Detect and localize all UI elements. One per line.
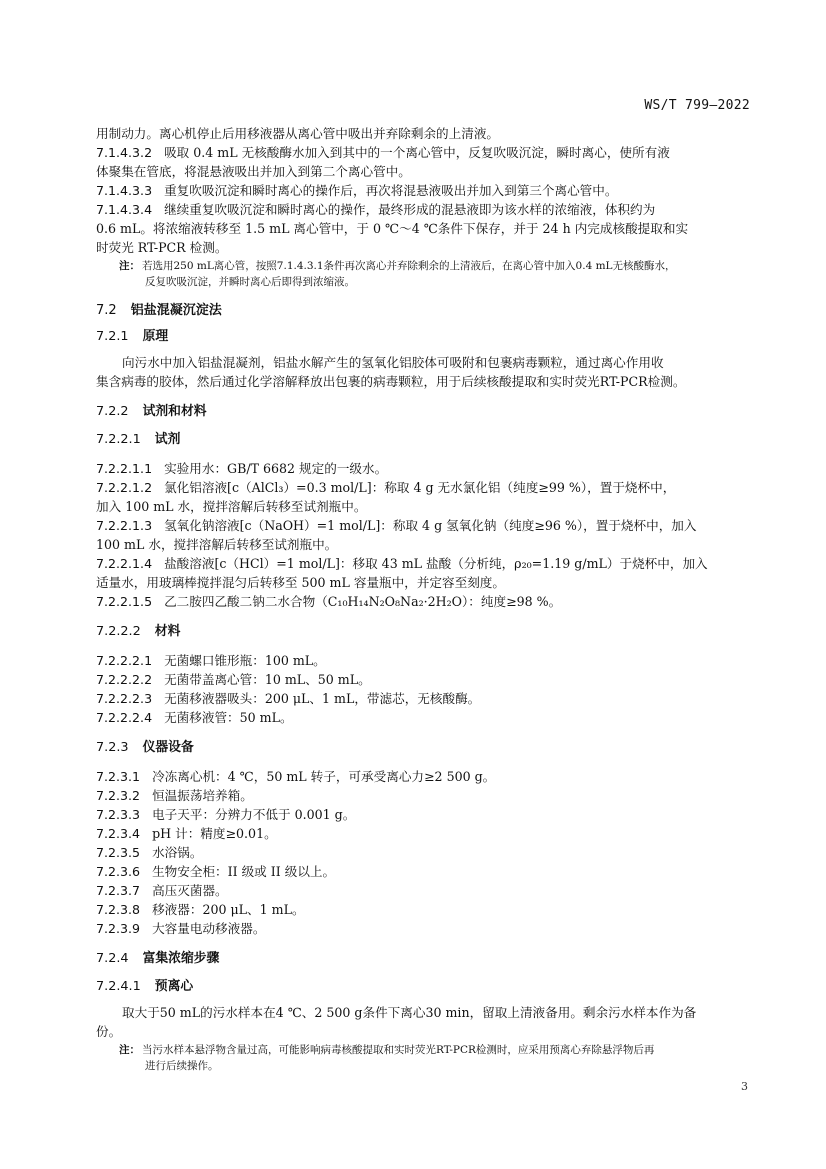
clause-continuation: 适量水，用玻璃棒搅拌混匀后转移至 500 mL 容量瓶中，并定容至刻度。 xyxy=(96,573,750,592)
note-text: 若选用250 mL离心管，按照7.1.4.3.1条件再次离心并弃除剩余的上清液后… xyxy=(142,260,676,272)
clause-number: 7.2.2.1.2 xyxy=(96,480,152,495)
clause-text: 乙二胺四乙酸二钠二水合物（C₁₀H₁₄N₂O₈Na₂·2H₂O）：纯度≥98 %… xyxy=(164,594,561,609)
clause-7-1-4-3-3: 7.1.4.3.3重复吹吸沉淀和瞬时离心的操作后，再次将混悬液吸出并加入到第三个… xyxy=(96,181,750,200)
equipment-item: 7.2.3.7高压灭菌器。 xyxy=(96,881,750,900)
clause-number: 7.1.4.3.4 xyxy=(96,202,152,217)
section-title: 预离心 xyxy=(155,979,193,994)
section-heading-7-2-2: 7.2.2试剂和材料 xyxy=(96,403,750,421)
clause-number: 7.1.4.3.2 xyxy=(96,145,152,160)
equipment-item: 7.2.3.5水浴锅。 xyxy=(96,843,750,862)
section-heading-7-2-4-1: 7.2.4.1预离心 xyxy=(96,978,750,996)
clause-text: 氯化铝溶液[c（AlCl₃）=0.3 mol/L]：称取 4 g 无水氯化铝（纯… xyxy=(164,480,675,495)
continuation-text: 用制动力。离心机停止后用移液器从离心管中吸出并弃除剩余的上清液。 xyxy=(96,124,750,143)
paragraph-line: 取大于50 mL的污水样本在4 ℃、2 500 g条件下离心30 min，留取上… xyxy=(96,1003,750,1022)
clause-continuation: 100 mL 水，搅拌溶解后转移至试剂瓶中。 xyxy=(96,535,750,554)
clause-continuation: 体聚集在管底，将混悬液吸出并加入到第二个离心管中。 xyxy=(96,162,750,181)
note-text-continuation: 进行后续操作。 xyxy=(119,1058,750,1074)
reagent-item: 7.2.2.1.3氢氧化钠溶液[c（NaOH）=1 mol/L]：称取 4 g … xyxy=(96,516,750,535)
note-label: 注： xyxy=(119,260,140,272)
note-block: 注：若选用250 mL离心管，按照7.1.4.3.1条件再次离心并弃除剩余的上清… xyxy=(119,258,750,290)
clause-text: 生物安全柜：II 级或 II 级以上。 xyxy=(152,864,335,879)
clause-text: 水浴锅。 xyxy=(152,845,202,860)
note-text-continuation: 反复吹吸沉淀，并瞬时离心后即得到浓缩液。 xyxy=(119,274,750,290)
section-number: 7.2.2.2 xyxy=(96,624,141,639)
clause-number: 7.2.3.1 xyxy=(96,769,140,784)
clause-text: 无菌带盖离心管：10 mL、50 mL。 xyxy=(164,672,371,687)
section-number: 7.2.4 xyxy=(96,951,129,966)
section-title: 材料 xyxy=(155,624,181,639)
reagent-item: 7.2.2.1.2氯化铝溶液[c（AlCl₃）=0.3 mol/L]：称取 4 … xyxy=(96,478,750,497)
clause-text: 吸取 0.4 mL 无核酸酶水加入到其中的一个离心管中，反复吹吸沉淀，瞬时离心，… xyxy=(164,145,670,160)
clause-continuation: 时荧光 RT-PCR 检测。 xyxy=(96,238,750,257)
clause-text: 移液器：200 μL、1 mL。 xyxy=(152,902,304,917)
section-title: 试剂 xyxy=(155,432,181,447)
clause-text: 电子天平：分辨力不低于 0.001 g。 xyxy=(152,807,355,822)
section-heading-7-2-2-2: 7.2.2.2材料 xyxy=(96,623,750,641)
clause-text: pH 计：精度≥0.01。 xyxy=(152,826,277,841)
section-number: 7.2.2 xyxy=(96,404,129,419)
section-number: 7.2.1 xyxy=(96,329,129,344)
clause-number: 7.2.3.8 xyxy=(96,902,140,917)
clause-text: 冷冻离心机：4 ℃，50 mL 转子，可承受离心力≥2 500 g。 xyxy=(152,769,495,784)
section-heading-7-2-4: 7.2.4富集浓缩步骤 xyxy=(96,950,750,968)
equipment-item: 7.2.3.3电子天平：分辨力不低于 0.001 g。 xyxy=(96,805,750,824)
equipment-item: 7.2.3.4pH 计：精度≥0.01。 xyxy=(96,824,750,843)
paragraph-line: 集含病毒的胶体，然后通过化学溶解释放出包裹的病毒颗粒，用于后续核酸提取和实时荧光… xyxy=(96,372,750,391)
page-content: 用制动力。离心机停止后用移液器从离心管中吸出并弃除剩余的上清液。 7.1.4.3… xyxy=(96,124,750,1074)
section-heading-7-2-3: 7.2.3仪器设备 xyxy=(96,739,750,757)
clause-text: 氢氧化钠溶液[c（NaOH）=1 mol/L]：称取 4 g 氢氧化钠（纯度≥9… xyxy=(164,518,696,533)
clause-number: 7.2.2.2.1 xyxy=(96,653,152,668)
clause-number: 7.1.4.3.3 xyxy=(96,183,152,198)
section-number: 7.2.3 xyxy=(96,740,129,755)
clause-number: 7.2.2.2.3 xyxy=(96,691,152,706)
equipment-item: 7.2.3.8移液器：200 μL、1 mL。 xyxy=(96,900,750,919)
clause-number: 7.2.2.1.4 xyxy=(96,556,152,571)
equipment-item: 7.2.3.1冷冻离心机：4 ℃，50 mL 转子，可承受离心力≥2 500 g… xyxy=(96,767,750,786)
clause-text: 实验用水：GB/T 6682 规定的一级水。 xyxy=(164,461,387,476)
material-item: 7.2.2.2.4无菌移液管：50 mL。 xyxy=(96,708,750,727)
clause-text: 继续重复吹吸沉淀和瞬时离心的操作，最终形成的混悬液即为该水样的浓缩液，体积约为 xyxy=(164,202,655,217)
clause-number: 7.2.2.1.3 xyxy=(96,518,152,533)
clause-number: 7.2.3.6 xyxy=(96,864,140,879)
section-title: 铝盐混凝沉淀法 xyxy=(131,303,222,318)
paragraph-line: 份。 xyxy=(96,1022,750,1041)
clause-number: 7.2.3.3 xyxy=(96,807,140,822)
section-number: 7.2.4.1 xyxy=(96,979,141,994)
section-heading-7-2-1: 7.2.1原理 xyxy=(96,328,750,346)
note-text: 当污水样本悬浮物含量过高，可能影响病毒核酸提取和实时荧光RT-PCR检测时，应采… xyxy=(142,1044,654,1056)
equipment-item: 7.2.3.6生物安全柜：II 级或 II 级以上。 xyxy=(96,862,750,881)
section-heading-7-2-2-1: 7.2.2.1试剂 xyxy=(96,431,750,449)
note-label: 注： xyxy=(119,1044,140,1056)
clause-text: 高压灭菌器。 xyxy=(152,883,228,898)
clause-number: 7.2.3.7 xyxy=(96,883,140,898)
clause-number: 7.2.2.1.1 xyxy=(96,461,152,476)
clause-number: 7.2.3.9 xyxy=(96,921,140,936)
standard-code: WS/T 799—2022 xyxy=(644,98,750,113)
clause-number: 7.2.3.2 xyxy=(96,788,140,803)
note-block: 注：当污水样本悬浮物含量过高，可能影响病毒核酸提取和实时荧光RT-PCR检测时，… xyxy=(119,1042,750,1074)
clause-text: 重复吹吸沉淀和瞬时离心的操作后，再次将混悬液吸出并加入到第三个离心管中。 xyxy=(164,183,617,198)
material-item: 7.2.2.2.2无菌带盖离心管：10 mL、50 mL。 xyxy=(96,670,750,689)
clause-7-1-4-3-4: 7.1.4.3.4继续重复吹吸沉淀和瞬时离心的操作，最终形成的混悬液即为该水样的… xyxy=(96,200,750,219)
clause-continuation: 0.6 mL。将浓缩液转移至 1.5 mL 离心管中，于 0 ℃～4 ℃条件下保… xyxy=(96,219,750,238)
document-page: WS/T 799—2022 用制动力。离心机停止后用移液器从离心管中吸出并弃除剩… xyxy=(0,0,826,1169)
equipment-item: 7.2.3.2恒温振荡培养箱。 xyxy=(96,786,750,805)
clause-text: 无菌螺口锥形瓶：100 mL。 xyxy=(164,653,326,668)
clause-number: 7.2.2.2.2 xyxy=(96,672,152,687)
reagent-item: 7.2.2.1.1实验用水：GB/T 6682 规定的一级水。 xyxy=(96,459,750,478)
material-item: 7.2.2.2.3无菌移液器吸头：200 μL、1 mL，带滤芯，无核酸酶。 xyxy=(96,689,750,708)
clause-text: 无菌移液管：50 mL。 xyxy=(164,710,293,725)
reagent-item: 7.2.2.1.4盐酸溶液[c（HCl）=1 mol/L]：移取 43 mL 盐… xyxy=(96,554,750,573)
clause-text: 恒温振荡培养箱。 xyxy=(152,788,253,803)
clause-number: 7.2.2.2.4 xyxy=(96,710,152,725)
material-item: 7.2.2.2.1无菌螺口锥形瓶：100 mL。 xyxy=(96,651,750,670)
section-number: 7.2 xyxy=(96,303,117,318)
section-number: 7.2.2.1 xyxy=(96,432,141,447)
clause-text: 无菌移液器吸头：200 μL、1 mL，带滤芯，无核酸酶。 xyxy=(164,691,480,706)
clause-text: 盐酸溶液[c（HCl）=1 mol/L]：移取 43 mL 盐酸（分析纯，ρ₂₀… xyxy=(164,556,708,571)
clause-text: 大容量电动移液器。 xyxy=(152,921,265,936)
section-heading-7-2: 7.2铝盐混凝沉淀法 xyxy=(96,302,750,320)
clause-number: 7.2.2.1.5 xyxy=(96,594,152,609)
reagent-item: 7.2.2.1.5乙二胺四乙酸二钠二水合物（C₁₀H₁₄N₂O₈Na₂·2H₂O… xyxy=(96,592,750,611)
clause-continuation: 加入 100 mL 水，搅拌溶解后转移至试剂瓶中。 xyxy=(96,497,750,516)
clause-7-1-4-3-2: 7.1.4.3.2吸取 0.4 mL 无核酸酶水加入到其中的一个离心管中，反复吹… xyxy=(96,143,750,162)
equipment-item: 7.2.3.9大容量电动移液器。 xyxy=(96,919,750,938)
clause-number: 7.2.3.5 xyxy=(96,845,140,860)
paragraph-line: 向污水中加入铝盐混凝剂，铝盐水解产生的氢氧化铝胶体可吸附和包裹病毒颗粒，通过离心… xyxy=(96,353,750,372)
section-title: 试剂和材料 xyxy=(143,404,207,419)
section-title: 富集浓缩步骤 xyxy=(143,951,220,966)
page-number: 3 xyxy=(741,1080,748,1093)
section-title: 原理 xyxy=(143,329,169,344)
clause-number: 7.2.3.4 xyxy=(96,826,140,841)
section-title: 仪器设备 xyxy=(143,740,194,755)
